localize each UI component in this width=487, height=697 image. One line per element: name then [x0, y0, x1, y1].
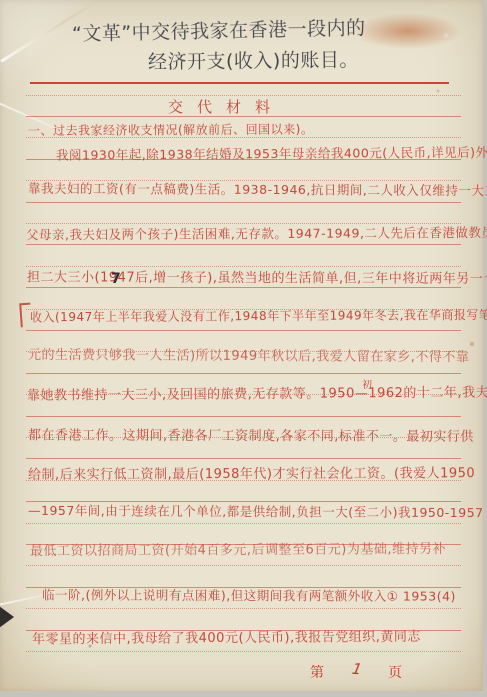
section-heading: 一、过去我家经济收支情况(解放前后、回国以来)。 [28, 123, 313, 136]
handwritten-line-10: —1957年间,由于连续在几个单位,都是供给制,负担一大(至二小)我1950-1… [28, 505, 484, 520]
section-title: 交代材料 [168, 100, 284, 115]
handwritten-line-8: 都在香港工作。这期间,香港各厂工资制度,各家不同,标准不一。最初实行供 [28, 429, 474, 444]
handwritten-line-2: 靠我夫妇的工资(有一点稿费)生活。1938-1946,抗日期间,二人收入仅维持一… [28, 183, 487, 198]
document-title-line1: “文革”中交待我家在香港一段内的 [72, 19, 366, 44]
ruled-line [26, 95, 461, 96]
handwritten-line-7: 靠她教书维持一大三小,及回国的旅费,无存款等。1950—1962的十二年,我夫妇 [27, 386, 487, 402]
handwritten-line-12: 临一阶,(例外以上说明有点困难),但这期间我有两笔额外收入① 1953(4) [42, 589, 456, 603]
ruled-line [26, 266, 461, 267]
ruled-line [26, 244, 461, 245]
ruled-line [26, 458, 461, 459]
ruled-line [26, 608, 461, 609]
ruled-line [26, 416, 461, 417]
overwritten-digit: 7 [111, 271, 121, 287]
ruled-line [26, 565, 461, 566]
ruled-line [26, 116, 461, 117]
ruled-line [26, 330, 461, 331]
footer-page-prefix: 第 [310, 662, 324, 682]
handwritten-line-13: 年零星的来信中,我母给了我400元(人民币),我报告党组织,黄同志 [32, 631, 421, 647]
ruled-line [26, 373, 461, 374]
handwritten-line-4: 担二大三小(1947后,增一孩子),虽然当地的生活简单,但,三年中将近两年另一个 [27, 271, 487, 286]
margin-bracket-mark [19, 303, 32, 328]
document-title-line2: 经济开支(收入)的账目。 [148, 51, 359, 72]
ruled-line [26, 202, 461, 203]
title-underline-rule [30, 82, 449, 84]
footer-page-number: 1 [349, 660, 365, 679]
handwritten-line-5: 收入(1947年上半年我爱人没有工作,1948年下半年至1949年冬去,我在华商… [30, 309, 487, 324]
handwritten-line-6: 元的生活费只够我一人生活)所以1949年秋以后,我爱人留在家乡,不得不靠 [28, 349, 469, 364]
ruled-line [26, 223, 461, 224]
ruled-line [26, 287, 461, 288]
handwritten-line-3: 父母亲,我夫妇及两个孩子)生活困难,无存款。1947-1949,二人先后在香港做… [26, 227, 487, 242]
handwritten-line-1: 我阅1930年起,除1938年结婚及1953年母亲给我400元(人民币,详见后)… [56, 146, 487, 162]
ruled-line [26, 137, 461, 138]
ruled-line [26, 523, 461, 524]
paper-sheet: “文革”中交待我家在香港一段内的 经济开支(收入)的账目。 交代材料 一、过去我… [0, 0, 483, 691]
ruled-line [26, 501, 461, 502]
handwritten-line-11: 最低工资以招商局工资(开始4百多元,后调整至6百元)为基础,维持另补 [30, 543, 446, 558]
scanned-document-page: { "page": { "kind": "handwritten manuscr… [0, 0, 487, 697]
paper-tear-notch [0, 606, 14, 628]
footer-page-suffix: 页 [388, 662, 402, 682]
handwritten-line-9: 给制,后来实行低工资制,最后(1958年代)才实行社会化工资。(我爱人1950 [28, 467, 475, 482]
inserted-character: 初 [362, 376, 372, 391]
ruled-line [26, 651, 461, 652]
